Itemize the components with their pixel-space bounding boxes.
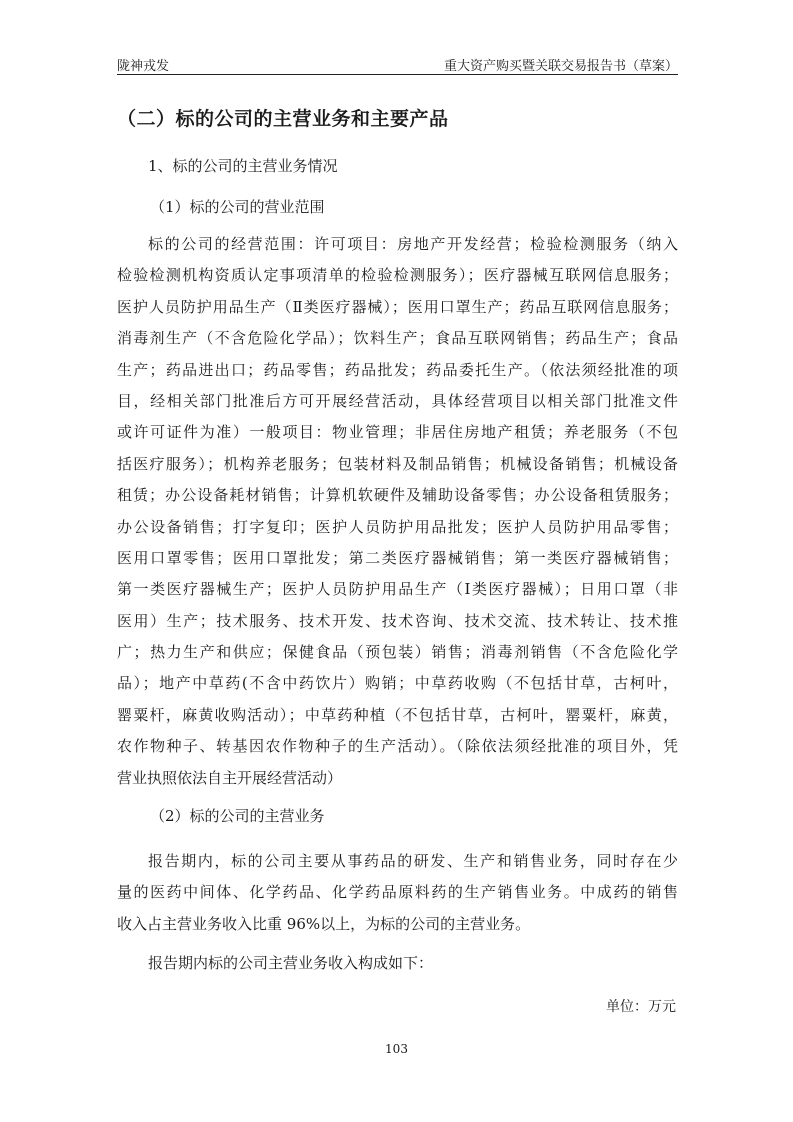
text-line: 罂粟杆，麻黄收购活动）；中草药种植（不包括甘草，古柯叶，罂粟杆，麻黄， bbox=[117, 700, 678, 731]
header-document-title: 重大资产购买暨关联交易报告书（草案） bbox=[444, 55, 678, 74]
page-header: 陇神戎发 重大资产购买暨关联交易报告书（草案） bbox=[117, 52, 678, 75]
text-line: 广；热力生产和供应；保健食品（预包装）销售；消毒剂销售（不含危险化学 bbox=[117, 637, 678, 668]
text-line: 生产；药品进出口；药品零售；药品批发；药品委托生产。（依法须经批准的项 bbox=[117, 355, 678, 386]
subsection-heading: 1、标的公司的主营业务情况 bbox=[148, 155, 338, 176]
business-scope-heading: （1）标的公司的营业范围 bbox=[150, 196, 325, 217]
text-line: 农作物种子、转基因农作物种子的生产活动）。（除依法须经批准的项目外，凭 bbox=[117, 731, 678, 762]
text-line: 标的公司的经营范围：许可项目：房地产开发经营；检验检测服务（纳入 bbox=[117, 229, 678, 260]
section-title: （二）标的公司的主营业务和主要产品 bbox=[117, 104, 449, 131]
header-company-name: 陇神戎发 bbox=[117, 55, 169, 74]
text-line: 租赁；办公设备耗材销售；计算机软硬件及辅助设备零售；办公设备租赁服务； bbox=[117, 480, 678, 511]
unit-label: 单位：万元 bbox=[606, 996, 676, 1016]
text-line: 报告期内，标的公司主要从事药品的研发、生产和销售业务，同时存在少 bbox=[117, 846, 678, 877]
text-line: 办公设备销售；打字复印；医护人员防护用品批发；医护人员防护用品零售； bbox=[117, 512, 678, 543]
revenue-intro: 报告期内标的公司主营业务收入构成如下： bbox=[148, 952, 433, 973]
text-line: 第一类医疗器械生产；医护人员防护用品生产（Ⅰ类医疗器械）；日用口罩（非 bbox=[117, 574, 678, 605]
text-line: 括医疗服务）；机构养老服务；包装材料及制品销售；机械设备销售；机械设备 bbox=[117, 449, 678, 480]
text-line: 医用）生产；技术服务、技术开发、技术咨询、技术交流、技术转让、技术推 bbox=[117, 606, 678, 637]
text-line: 医用口罩零售；医用口罩批发；第二类医疗器械销售；第一类医疗器械销售； bbox=[117, 543, 678, 574]
text-line: 收入占主营业务收入比重 96%以上，为标的公司的主营业务。 bbox=[117, 909, 678, 940]
text-line: 医护人员防护用品生产（Ⅱ类医疗器械）；医用口罩生产；药品互联网信息服务； bbox=[117, 292, 678, 323]
text-line: 或许可证件为准）一般项目：物业管理；非居住房地产租赁；养老服务（不包 bbox=[117, 417, 678, 448]
text-line: 营业执照依法自主开展经营活动） bbox=[117, 763, 678, 794]
text-line: 检验检测机构资质认定事项清单的检验检测服务）；医疗器械互联网信息服务； bbox=[117, 260, 678, 291]
text-line: 消毒剂生产（不含危险化学品）；饮料生产；食品互联网销售；药品生产；食品 bbox=[117, 323, 678, 354]
page-number: 103 bbox=[0, 1042, 793, 1056]
business-scope-paragraph: 标的公司的经营范围：许可项目：房地产开发经营；检验检测服务（纳入 检验检测机构资… bbox=[117, 229, 678, 794]
text-line: 量的医药中间体、化学药品、化学药品原料药的生产销售业务。中成药的销售 bbox=[117, 877, 678, 908]
main-business-paragraph: 报告期内，标的公司主要从事药品的研发、生产和销售业务，同时存在少 量的医药中间体… bbox=[117, 846, 678, 940]
text-line: 目，经相关部门批准后方可开展经营活动，具体经营项目以相关部门批准文件 bbox=[117, 386, 678, 417]
text-line: 品）；地产中草药(不含中药饮片）购销；中草药收购（不包括甘草，古柯叶， bbox=[117, 668, 678, 699]
main-business-heading: （2）标的公司的主营业务 bbox=[150, 805, 325, 826]
